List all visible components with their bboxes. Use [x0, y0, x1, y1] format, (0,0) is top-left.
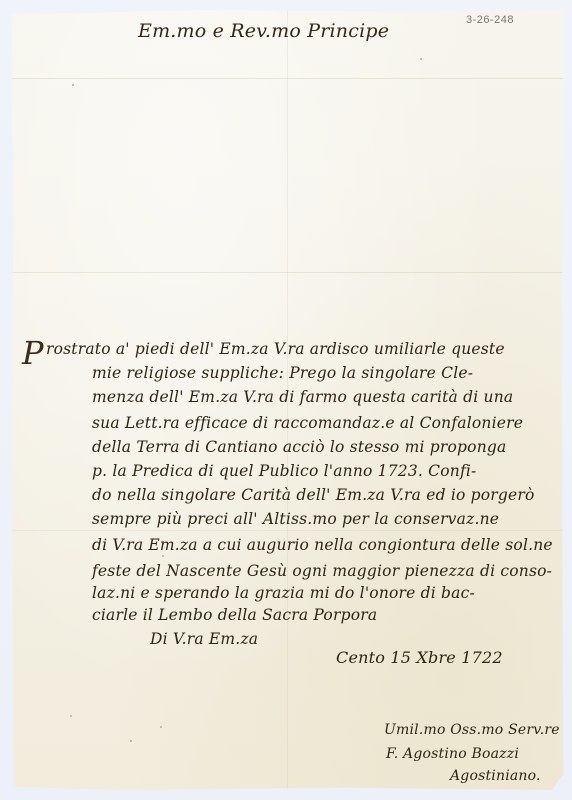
body-line: p. la Predica di quel Publico l'anno 172… — [92, 464, 477, 480]
signature-line: Umil.mo Oss.mo Serv.re — [384, 722, 560, 738]
archive-reference-number: 3-26-248 — [466, 14, 514, 26]
closing-formula: Di V.ra Em.za — [150, 630, 258, 648]
body-line: mie religiose suppliche: Prego la singol… — [92, 366, 473, 382]
body-line: feste del Nascente Gesù ogni maggior pie… — [92, 564, 552, 580]
decorated-initial: P — [22, 334, 44, 372]
scan-background: 3-26-248 Em.mo e Rev.mo Principe P rostr… — [0, 0, 572, 800]
paper-speck — [130, 740, 132, 742]
body-line: menza dell' Em.za V.ra di farmo questa c… — [92, 390, 513, 406]
body-line: do nella singolare Carità dell' Em.za V.… — [92, 488, 535, 504]
paper-speck — [72, 84, 74, 86]
body-line: sempre più preci all' Altiss.mo per la c… — [92, 512, 499, 528]
signature-order: Agostiniano. — [450, 768, 541, 784]
paper-speck — [160, 726, 162, 728]
signature-name: F. Agostino Boazzi — [386, 746, 519, 762]
paper-speck — [420, 58, 422, 60]
paper-speck — [162, 555, 164, 557]
body-line: della Terra di Cantiano acciò lo stesso … — [92, 440, 506, 456]
place-and-date: Cento 15 Xbre 1722 — [336, 648, 503, 667]
body-line: ciarle il Lembo della Sacra Porpora — [92, 608, 377, 624]
paper-speck — [70, 715, 72, 717]
body-line: sua Lett.ra efficace di raccomandaz.e al… — [92, 416, 523, 432]
salutation-heading: Em.mo e Rev.mo Principe — [138, 20, 389, 42]
body-line: di V.ra Em.za a cui augurio nella congio… — [92, 538, 553, 554]
body-line: rostrato a' piedi dell' Em.za V.ra ardis… — [46, 342, 505, 358]
body-line: laz.ni e sperando la grazia mi do l'onor… — [92, 586, 475, 602]
